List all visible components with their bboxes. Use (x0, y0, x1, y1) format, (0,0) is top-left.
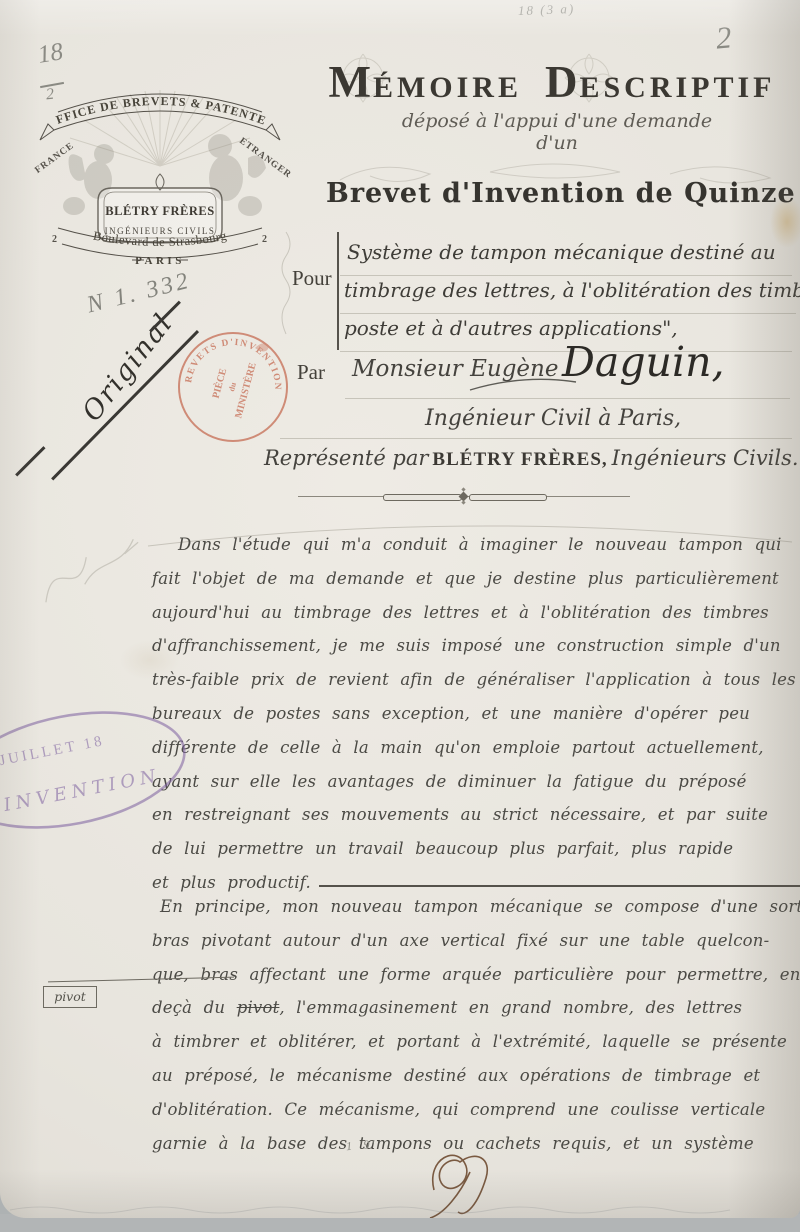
purple-ink-stamp: JUILLET 18 INVENTION (0, 694, 202, 846)
ribbon-etranger: ETRANGER (237, 136, 293, 180)
svg-text:BREVETS D'INVENTION: BREVETS D'INVENTION (172, 326, 282, 391)
pour-divider (337, 232, 339, 350)
document-paper: 18 2 18 (3 a) 2 (0, 0, 800, 1218)
firm-name: BLÉTRY FRÈRES (105, 204, 214, 218)
pencil-scribble (20, 517, 165, 626)
handwritten-line: à timbrer et oblitérer, et portant à l'e… (152, 1025, 800, 1059)
form-rule (340, 275, 792, 276)
handwritten-line: bureaux de postes sans exception, et une… (152, 697, 800, 731)
pen-rule (319, 885, 800, 887)
document-subtitle: déposé à l'appui d'une demande d'un (382, 110, 732, 154)
pour-label: Pour (292, 266, 332, 291)
represented-prefix: Représenté par (264, 446, 428, 470)
page-number: 2 (714, 19, 733, 56)
purple-stamp-line1: JUILLET 18 (0, 733, 106, 769)
diagonal-dash (15, 446, 45, 476)
stamp-center-line2: du (227, 381, 238, 392)
letterhead-vignette: OFFICE DE BREVETS & PATENTES FRANCE ETRA… (12, 38, 308, 270)
par-label: Par (297, 360, 325, 385)
patent-heading: Brevet d'Invention de Quinze Ans (326, 178, 781, 209)
scanned-document-page: 18 2 18 (3 a) 2 (0, 0, 800, 1232)
address-number-left: 2 (52, 234, 57, 245)
address-number-right: 2 (262, 234, 267, 245)
margin-note-pivot: pivot (43, 986, 97, 1008)
title-word-2: ESCRIPTIF (579, 71, 775, 104)
body-paragraph-1: Dans l'étude qui m'a conduit à imaginer … (152, 528, 800, 900)
stamp-center-line3: MINISTÈRE (232, 361, 258, 420)
letterhead-banner-text: OFFICE DE BREVETS & PATENTES (12, 38, 269, 128)
handwritten-line: en restreignant ses mouvements au strict… (152, 798, 800, 832)
represented-line: Représenté par BLÉTRY FRÈRES, Ingénieurs… (264, 446, 784, 471)
handwritten-line: deçà du pivot, l'emmagasinement en grand… (152, 991, 800, 1025)
handwritten-line: En principe, mon nouveau tampon mécaniqu… (152, 890, 800, 924)
body-paragraph-2: En principe, mon nouveau tampon mécaniqu… (152, 890, 800, 1160)
handwritten-line: de lui permettre un travail beaucoup plu… (152, 832, 800, 866)
pencil-note-bottom: 1 '9' (345, 1137, 376, 1155)
stamp-arc-text: BREVETS D'INVENTION (172, 326, 282, 391)
pen-swash (468, 372, 578, 394)
handwritten-line: au préposé, le mécanisme destiné aux opé… (152, 1059, 800, 1093)
pencil-note-top: 18 (3 a) (518, 1, 576, 19)
title-word-1: ÉMOIRE (373, 71, 522, 104)
handwritten-line: que, bras affectant une forme arquée par… (152, 958, 800, 992)
represented-firm: BLÉTRY FRÈRES, (432, 449, 607, 470)
title-initial-m: M (328, 57, 372, 107)
subject-line: timbrage des lettres, à l'oblitération d… (344, 278, 800, 302)
handwritten-line: aujourd'hui au timbrage des lettres et à… (152, 596, 800, 630)
handwritten-line: bras pivotant autour d'un axe vertical f… (152, 924, 800, 958)
document-title: MÉMOIRE DESCRIPTIF (328, 56, 776, 108)
ghost-writing (0, 1202, 800, 1216)
applicant-title: Ingénieur Civil à Paris, (425, 406, 681, 431)
purple-stamp-line2: INVENTION (1, 765, 162, 816)
handwritten-line: différente de celle à la main qu'on empl… (152, 731, 800, 765)
handwritten-line: ayant sur elle les avantages de diminuer… (152, 765, 800, 799)
subject-line: poste et à d'autres applications", (344, 316, 678, 340)
handwritten-line: fait l'objet de ma demande et que je des… (152, 562, 800, 596)
stamp-center-line1: PIÈCE (210, 367, 230, 400)
form-rule (340, 313, 796, 314)
form-rule (345, 398, 790, 399)
handwritten-line: Dans l'étude qui m'a conduit à imaginer … (152, 528, 800, 562)
title-initial-d: D (545, 57, 580, 107)
red-ink-stamp: BREVETS D'INVENTION PIÈCE du MINISTÈRE (172, 326, 294, 448)
city-text: PARIS (135, 255, 185, 267)
applicant-surname: Daguin, (562, 338, 725, 386)
handwritten-line: très-faible prix de revient afin de géné… (152, 663, 800, 697)
represented-suffix: Ingénieurs Civils. (612, 446, 799, 470)
handwritten-line: d'affranchissement, je me suis imposé un… (152, 629, 800, 663)
form-rule (280, 438, 792, 439)
subject-line: Système de tampon mécanique destiné au (347, 240, 776, 264)
handwritten-line: d'oblitération. Ce mécanisme, qui compre… (152, 1093, 800, 1127)
struck-word: pivot (237, 998, 280, 1017)
